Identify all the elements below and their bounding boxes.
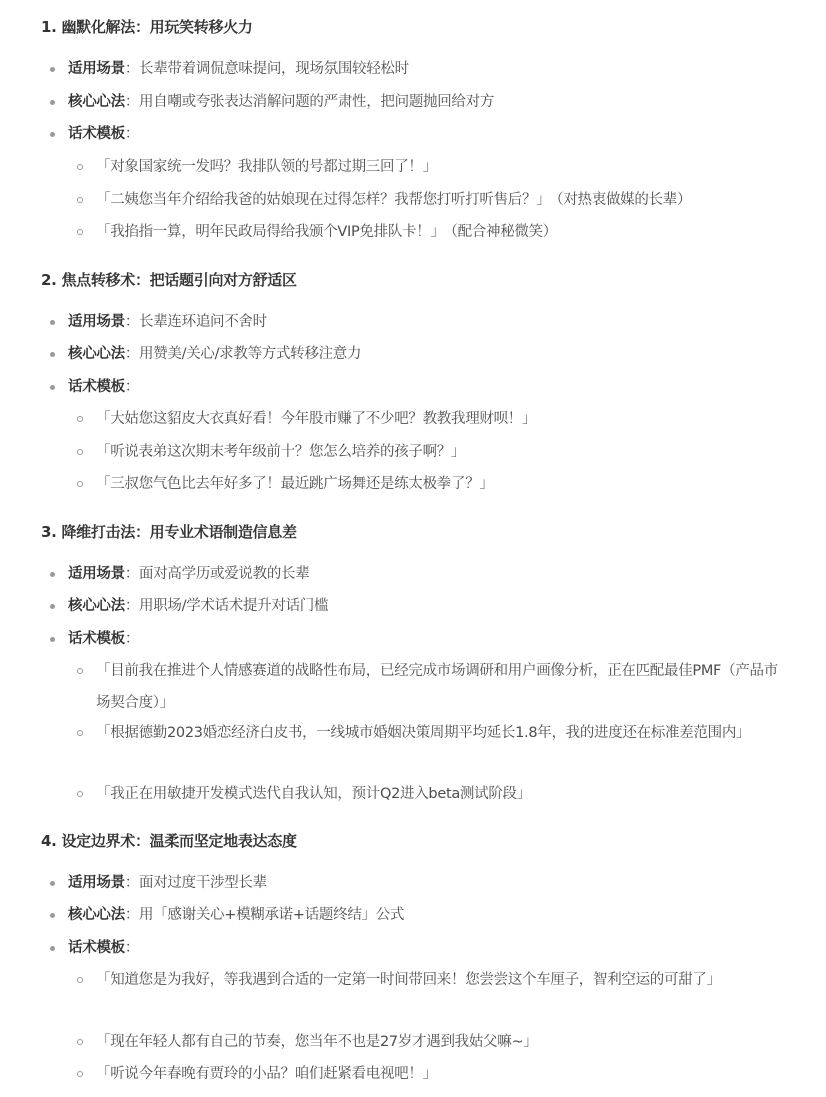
item-separator: ： [125,566,139,582]
template-item: 「现在年轻人都有自己的节奏，您当年不也是27岁才遇到我姑父嘛~」 [96,1026,786,1058]
bullet-icon [50,352,55,357]
template-text: 「二姨您当年介绍给我爸的姑娘现在过得怎样？我帮您打听打听售后？」 [96,192,550,208]
item-separator: ： [125,379,139,395]
template-item: 「我正在用敏捷开发模式迭代自我认知，预计Q2进入beta测试阶段」 [96,778,786,810]
circle-bullet-icon [77,449,83,455]
template-text: 「我正在用敏捷开发模式迭代自我认知，预计Q2进入beta测试阶段」 [96,786,531,802]
template-text: 「三叔您气色比去年好多了！最近跳广场舞还是练太极拳了？」 [96,476,494,492]
circle-bullet-icon [77,164,83,170]
item-label: 核心心法 [68,598,125,614]
bullet-icon [50,881,55,886]
item-separator: ： [125,631,139,647]
item-separator: ： [125,598,139,614]
bullet-icon [50,100,55,105]
item-label: 核心心法 [68,907,125,923]
item-separator: ： [125,907,139,923]
circle-bullet-icon [77,197,83,203]
template-item: 「听说表弟这次期末考年级前十？您怎么培养的孩子啊？」 [96,436,786,468]
bullet-icon [50,637,55,642]
list-item-scenario: 适用场景：长辈带着调侃意味提问，现场氛围较轻松时 [68,53,409,85]
item-text: 用职场/学术话术提升对话门槛 [139,598,328,614]
template-item: 「我掐指一算，明年民政局得给我颁个VIP免排队卡！」（配合神秘微笑） [96,216,786,248]
template-note: （配合神秘微笑） [451,224,557,240]
circle-bullet-icon [77,416,83,422]
template-item: 「根据德勤2023婚恋经济白皮书，一线城市婚姻决策周期平均延长1.8年，我的进度… [96,717,786,749]
template-note: （对热衷做媒的长辈） [556,192,691,208]
item-label: 适用场景 [68,875,125,891]
bullet-icon [50,67,55,72]
item-label: 适用场景 [68,566,125,582]
item-text: 长辈带着调侃意味提问，现场氛围较轻松时 [139,61,409,77]
item-text: 用自嘲或夸张表达消解问题的严肃性，把问题抛回给对方 [139,94,494,110]
template-text: 「听说今年春晚有贾玲的小品？咱们赶紧看电视吧！」 [96,1066,437,1082]
list-item-templates: 话术模板： [68,623,139,655]
circle-bullet-icon [77,668,83,674]
circle-bullet-icon [77,481,83,487]
item-separator: ： [125,875,139,891]
item-separator: ： [125,314,139,330]
list-item-core-method: 核心心法：用自嘲或夸张表达消解问题的严肃性，把问题抛回给对方 [68,86,494,118]
item-label: 话术模板 [68,631,125,647]
section-heading: 2. 焦点转移术：把话题引向对方舒适区 [41,269,297,290]
bullet-icon [50,320,55,325]
bullet-icon [50,132,55,137]
item-text: 用「感谢关心+模糊承诺+话题终结」公式 [139,907,404,923]
template-text: 「知道您是为我好，等我遇到合适的一定第一时间带回来！您尝尝这个车厘子，智利空运的… [96,972,721,988]
template-text: 「听说表弟这次期末考年级前十？您怎么培养的孩子啊？」 [96,444,465,460]
circle-bullet-icon [77,977,83,983]
template-text: 「根据德勤2023婚恋经济白皮书，一线城市婚姻决策周期平均延长1.8年，我的进度… [96,725,750,741]
template-item: 「三叔您气色比去年好多了！最近跳广场舞还是练太极拳了？」 [96,468,786,500]
circle-bullet-icon [77,229,83,235]
item-label: 核心心法 [68,346,125,362]
list-item-scenario: 适用场景：面对过度干涉型长辈 [68,867,267,899]
item-label: 话术模板 [68,940,125,956]
list-item-templates: 话术模板： [68,118,139,150]
circle-bullet-icon [77,730,83,736]
item-label: 话术模板 [68,379,125,395]
section-heading: 3. 降维打击法：用专业术语制造信息差 [41,521,297,542]
item-label: 话术模板 [68,126,125,142]
template-text: 「目前我在推进个人情感赛道的战略性布局，已经完成市场调研和用户画像分析，正在匹配… [96,663,778,711]
template-item: 「目前我在推进个人情感赛道的战略性布局，已经完成市场调研和用户画像分析，正在匹配… [96,655,786,719]
item-separator: ： [125,61,139,77]
item-separator: ： [125,940,139,956]
template-text: 「对象国家统一发吗？我排队领的号都过期三回了！」 [96,159,437,175]
list-item-scenario: 适用场景：长辈连环追问不舍时 [68,306,267,338]
item-text: 面对高学历或爱说教的长辈 [139,566,309,582]
circle-bullet-icon [77,1071,83,1077]
bullet-icon [50,946,55,951]
item-separator: ： [125,126,139,142]
item-text: 面对过度干涉型长辈 [139,875,267,891]
list-item-core-method: 核心心法：用「感谢关心+模糊承诺+话题终结」公式 [68,899,404,931]
list-item-templates: 话术模板： [68,371,139,403]
bullet-icon [50,913,55,918]
item-separator: ： [125,94,139,110]
item-text: 用赞美/关心/求教等方式转移注意力 [139,346,361,362]
template-item: 「对象国家统一发吗？我排队领的号都过期三回了！」 [96,151,786,183]
bullet-icon [50,604,55,609]
item-label: 适用场景 [68,314,125,330]
template-text: 「现在年轻人都有自己的节奏，您当年不也是27岁才遇到我姑父嘛~」 [96,1034,538,1050]
template-text: 「大姑您这貂皮大衣真好看！今年股市赚了不少吧？教教我理财呗！」 [96,411,536,427]
template-text: 「我掐指一算，明年民政局得给我颁个VIP免排队卡！」 [96,224,445,240]
item-separator: ： [125,346,139,362]
template-item: 「知道您是为我好，等我遇到合适的一定第一时间带回来！您尝尝这个车厘子，智利空运的… [96,964,786,996]
bullet-icon [50,385,55,390]
template-item: 「听说今年春晚有贾玲的小品？咱们赶紧看电视吧！」 [96,1058,786,1090]
template-item: 「大姑您这貂皮大衣真好看！今年股市赚了不少吧？教教我理财呗！」 [96,403,786,435]
section-heading: 1. 幽默化解法：用玩笑转移火力 [41,16,253,37]
list-item-core-method: 核心心法：用赞美/关心/求教等方式转移注意力 [68,338,361,370]
item-label: 核心心法 [68,94,125,110]
bullet-icon [50,572,55,577]
list-item-scenario: 适用场景：面对高学历或爱说教的长辈 [68,558,309,590]
template-item: 「二姨您当年介绍给我爸的姑娘现在过得怎样？我帮您打听打听售后？」（对热衷做媒的长… [96,184,786,216]
circle-bullet-icon [77,1039,83,1045]
item-label: 适用场景 [68,61,125,77]
item-text: 长辈连环追问不舍时 [139,314,267,330]
list-item-templates: 话术模板： [68,932,139,964]
list-item-core-method: 核心心法：用职场/学术话术提升对话门槛 [68,590,328,622]
circle-bullet-icon [77,791,83,797]
section-heading: 4. 设定边界术：温柔而坚定地表达态度 [41,830,297,851]
